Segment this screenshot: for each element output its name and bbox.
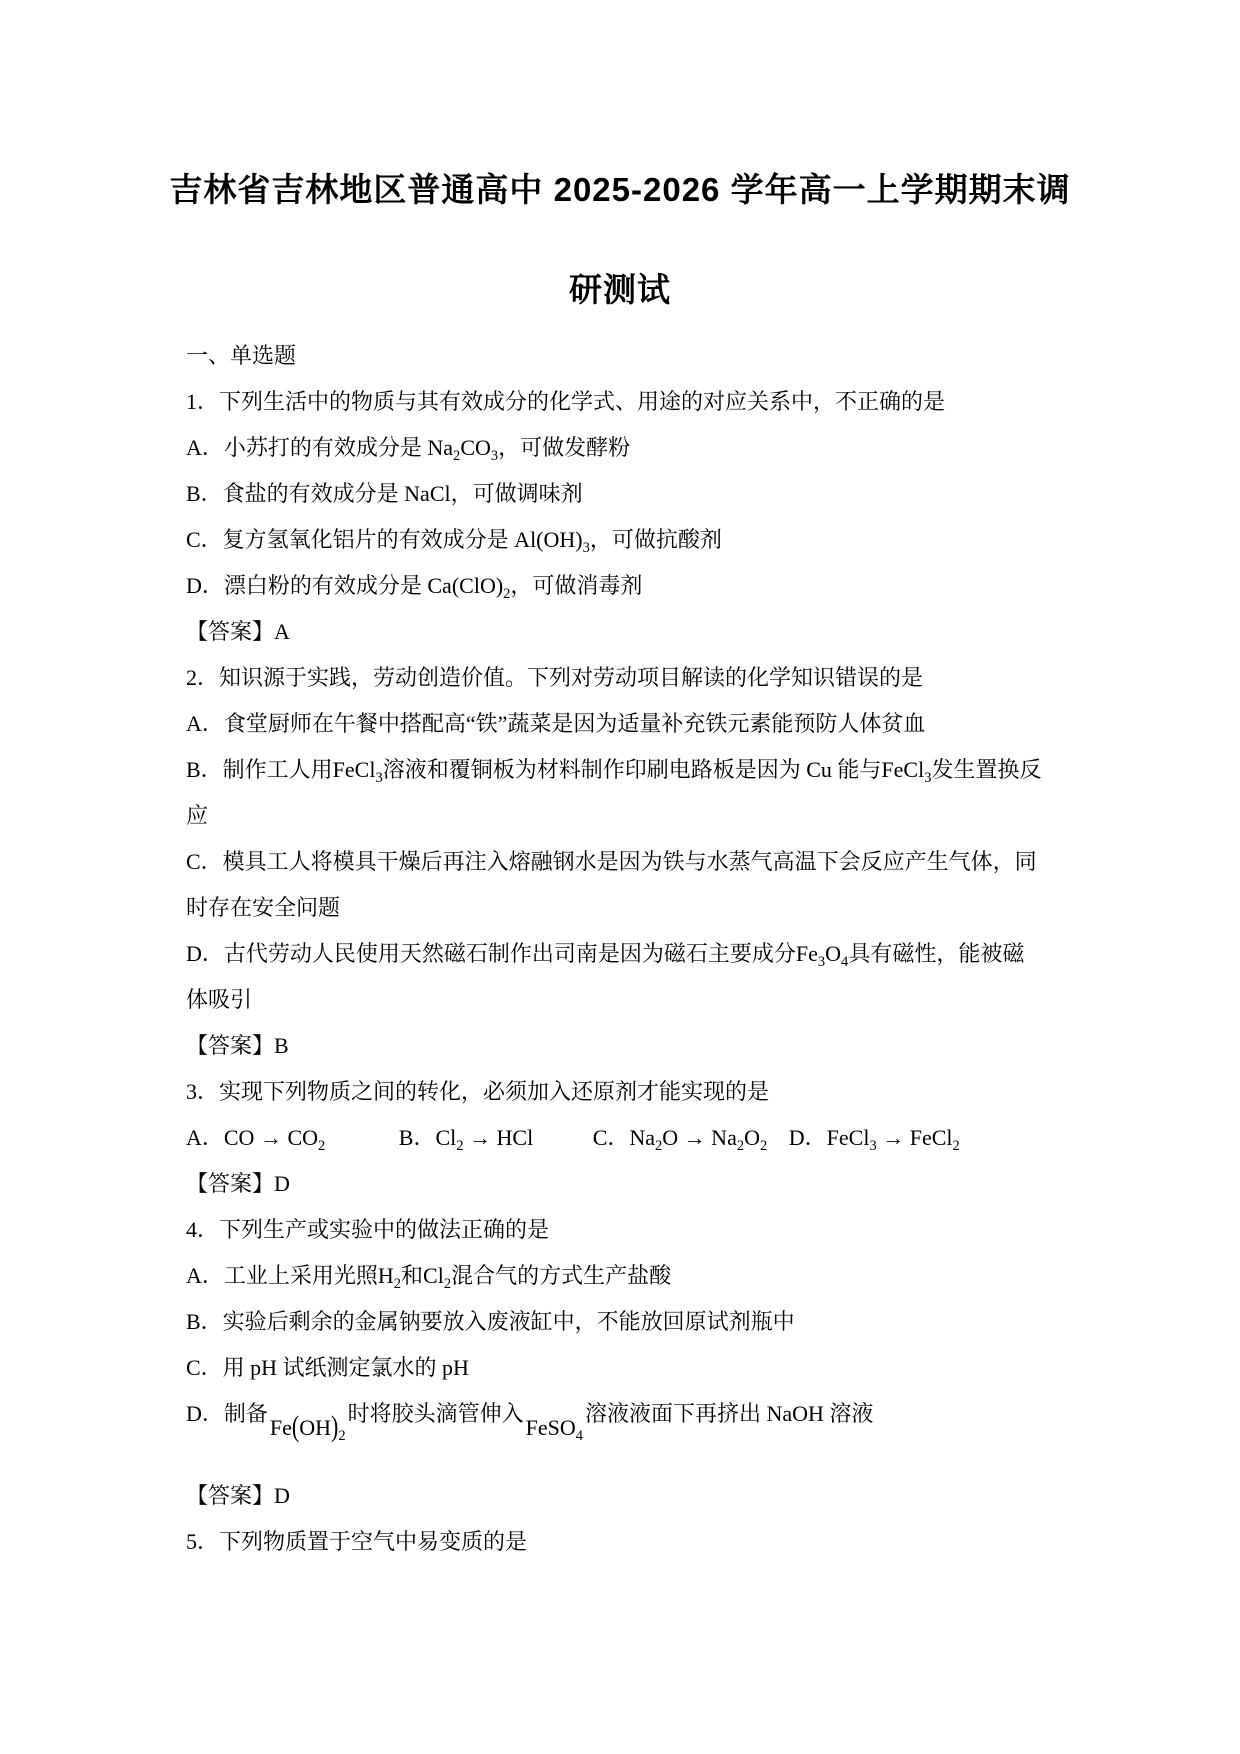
q4-stem: 4．下列生产或实验中的做法正确的是 — [186, 1207, 1240, 1253]
q4-option-d: D．制备Fe(OH)2时将胶头滴管伸入FeSO4溶液液面下再挤出 NaOH 溶液 — [186, 1391, 1240, 1473]
q4-option-c: C．用 pH 试纸测定氯水的 pH — [186, 1345, 1240, 1391]
q1-option-a: A．小苏打的有效成分是 Na2CO3，可做发酵粉 — [186, 425, 1240, 471]
q2-option-c-line1: C．模具工人将模具干燥后再注入熔融钢水是因为铁与水蒸气高温下会反应产生气体，同 — [186, 839, 1240, 885]
q2-option-b-line2: 应 — [186, 793, 1240, 839]
q2-answer: 【答案】B — [186, 1023, 1240, 1069]
q1-option-d: D．漂白粉的有效成分是 Ca(ClO)2，可做消毒剂 — [186, 563, 1240, 609]
q2-option-c-line2: 时存在安全问题 — [186, 885, 1240, 931]
q2-option-d-line2: 体吸引 — [186, 977, 1240, 1023]
q1-option-c: C．复方氢氧化铝片的有效成分是 Al(OH)3，可做抗酸剂 — [186, 517, 1240, 563]
document-title-line1: 吉林省吉林地区普通高中 2025-2026 学年高一上学期期末调 — [0, 165, 1240, 215]
exam-page: 吉林省吉林地区普通高中 2025-2026 学年高一上学期期末调 研测试 一、单… — [0, 0, 1240, 1754]
exam-body: 一、单选题 1．下列生活中的物质与其有效成分的化学式、用途的对应关系中，不正确的… — [0, 333, 1240, 1565]
q3-stem: 3．实现下列物质之间的转化，必须加入还原剂才能实现的是 — [186, 1069, 1240, 1115]
q4-option-a: A．工业上采用光照H2和Cl2混合气的方式生产盐酸 — [186, 1253, 1240, 1299]
q4-answer: 【答案】D — [186, 1473, 1240, 1519]
q1-stem: 1．下列生活中的物质与其有效成分的化学式、用途的对应关系中，不正确的是 — [186, 379, 1240, 425]
q3-option-b: B．Cl2 → HCl — [399, 1115, 533, 1161]
q2-option-b-line1: B．制作工人用FeCl3溶液和覆铜板为材料制作印刷电路板是因为 Cu 能与FeC… — [186, 747, 1240, 793]
q2-option-d-line1: D．古代劳动人民使用天然磁石制作出司南是因为磁石主要成分Fe3O4具有磁性，能被… — [186, 931, 1240, 977]
q4-option-b: B．实验后剩余的金属钠要放入废液缸中，不能放回原试剂瓶中 — [186, 1299, 1240, 1345]
section-heading: 一、单选题 — [186, 333, 1240, 379]
q3-option-a: A．CO → CO2 — [186, 1115, 325, 1161]
q2-stem: 2．知识源于实践，劳动创造价值。下列对劳动项目解读的化学知识错误的是 — [186, 655, 1240, 701]
q1-option-b: B．食盐的有效成分是 NaCl，可做调味剂 — [186, 471, 1240, 517]
q3-options-row: A．CO → CO2 B．Cl2 → HCl C．Na2O → Na2O2 D．… — [186, 1115, 1240, 1161]
q1-answer: 【答案】A — [186, 609, 1240, 655]
document-title-line2: 研测试 — [0, 265, 1240, 315]
q2-option-a: A．食堂厨师在午餐中搭配高“铁”蔬菜是因为适量补充铁元素能预防人体贫血 — [186, 701, 1240, 747]
q3-option-c: C．Na2O → Na2O2 — [593, 1115, 768, 1161]
q3-option-d: D．FeCl3 → FeCl2 — [789, 1115, 960, 1161]
q5-stem: 5．下列物质置于空气中易变质的是 — [186, 1519, 1240, 1565]
q3-answer: 【答案】D — [186, 1161, 1240, 1207]
